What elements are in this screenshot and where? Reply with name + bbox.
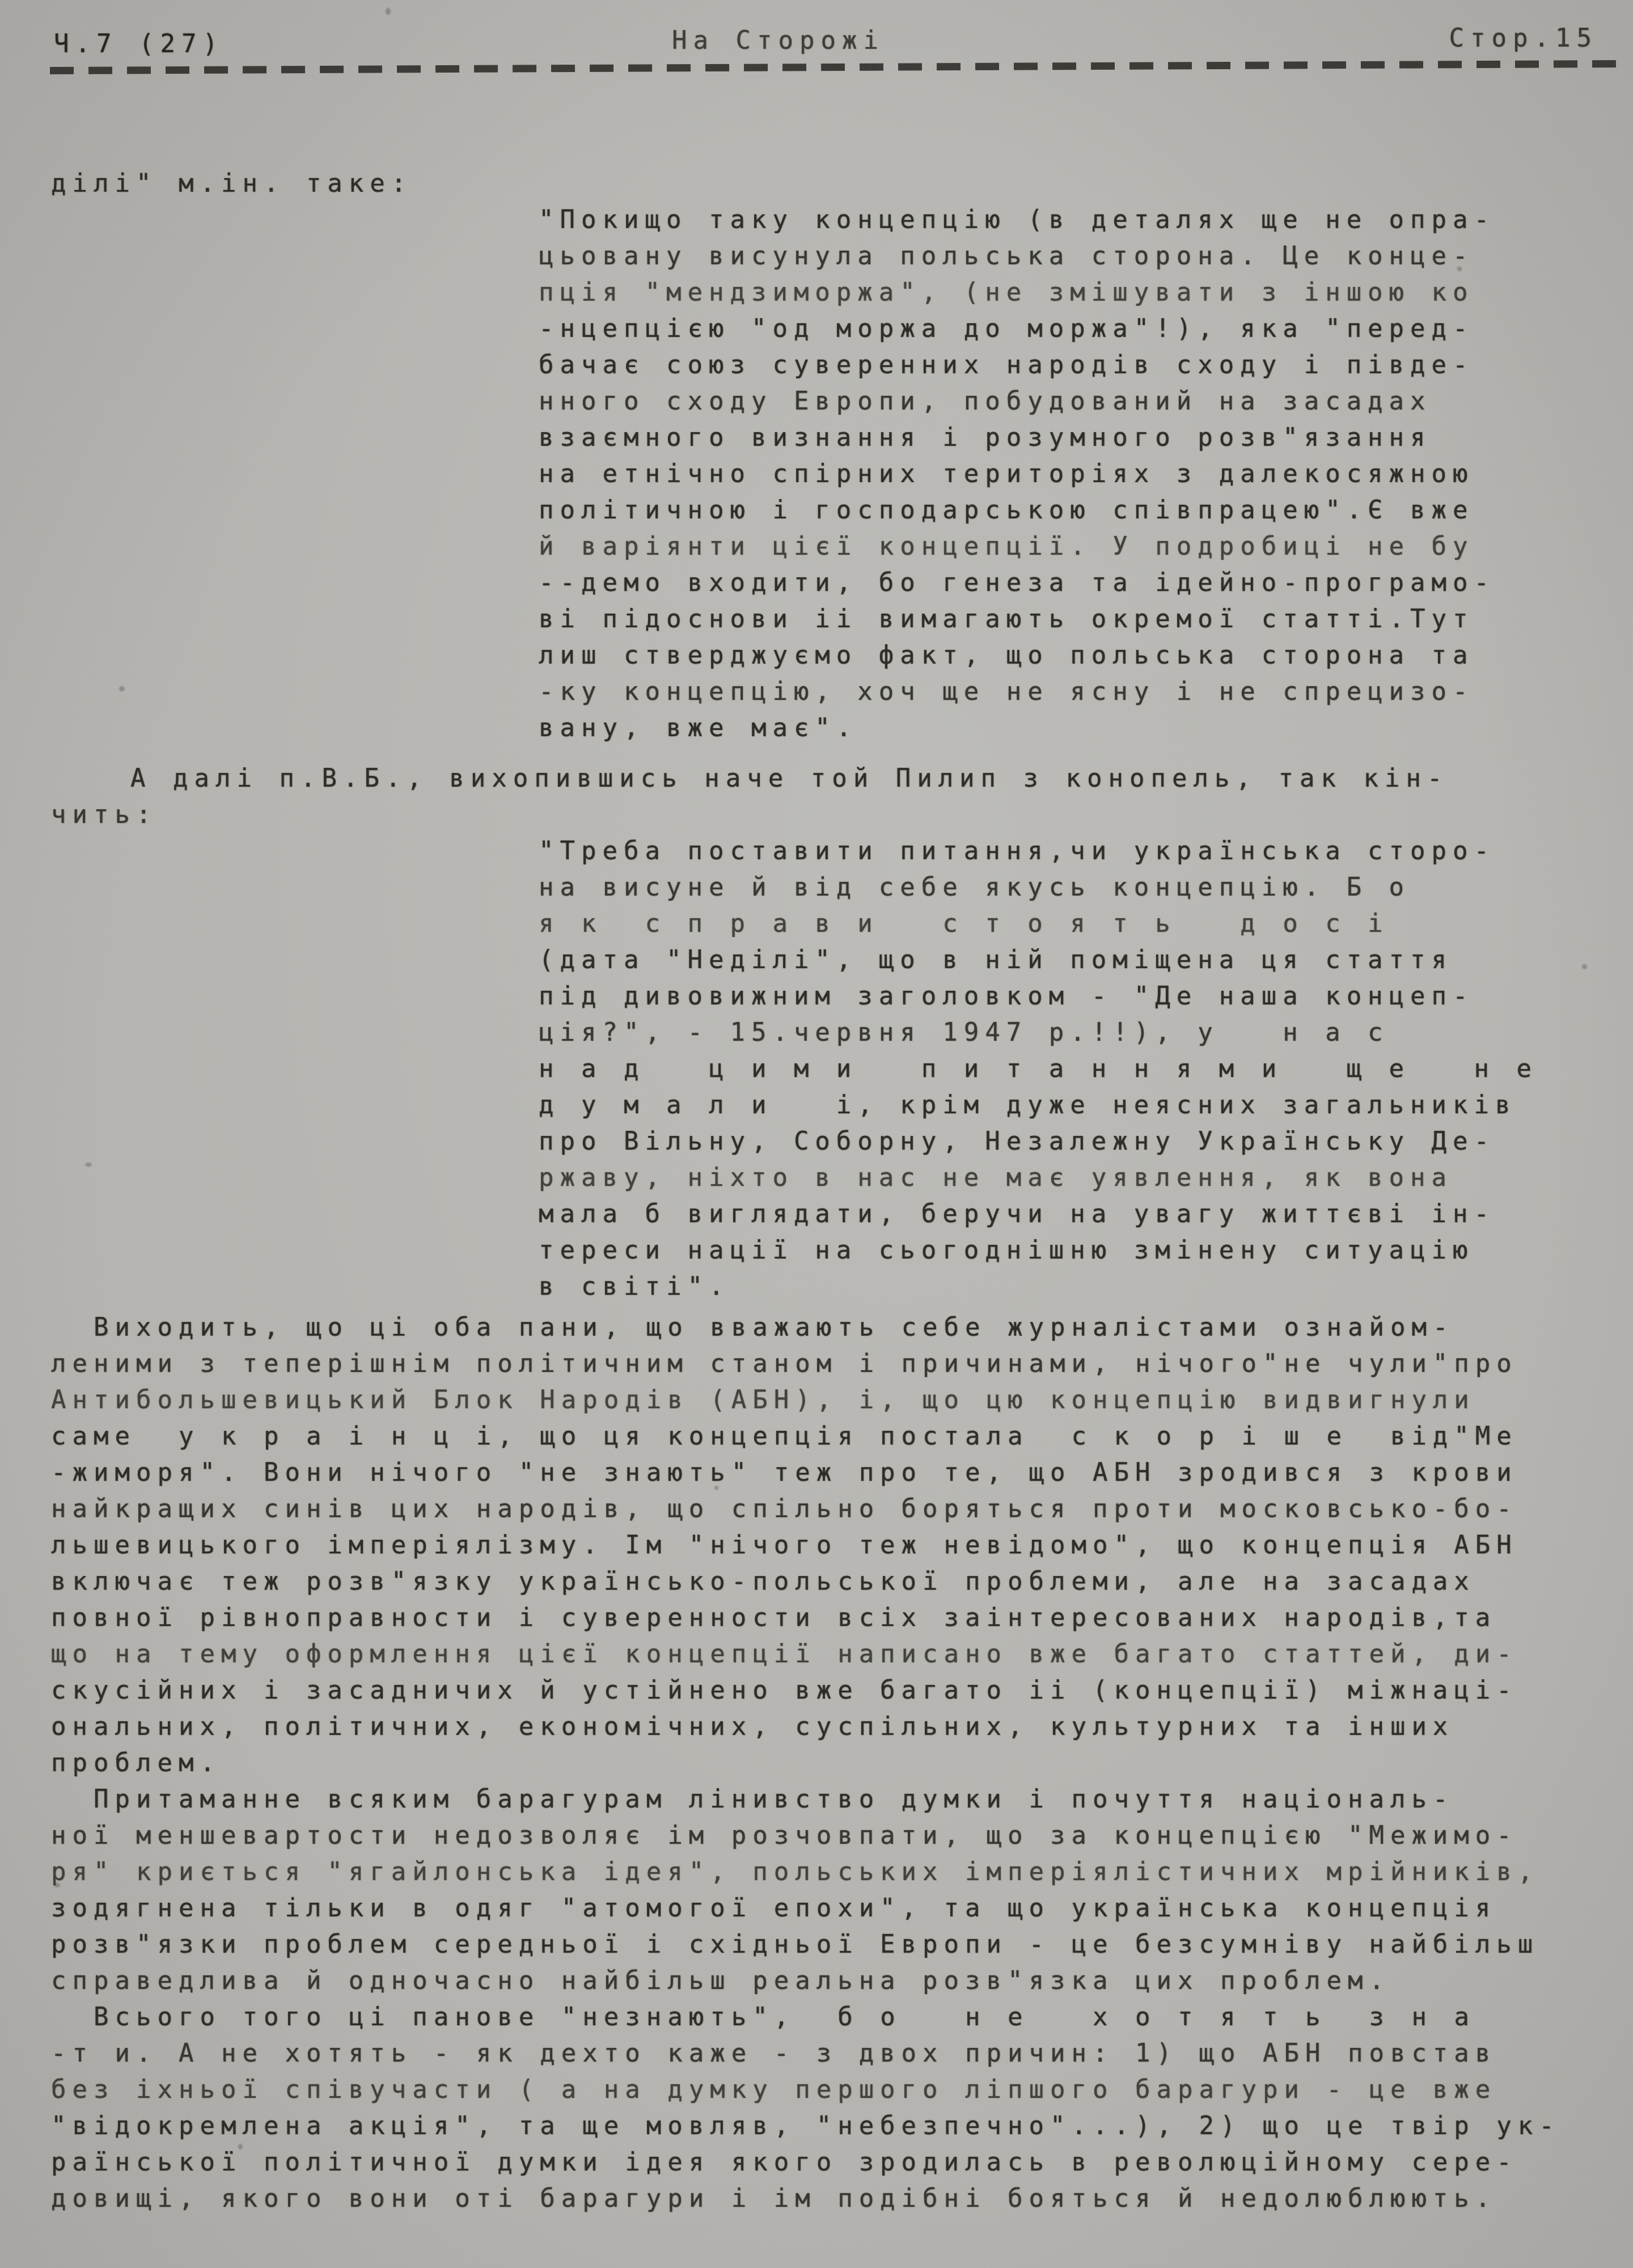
scan-speck xyxy=(119,686,125,691)
page-number: Стор.15 xyxy=(1449,24,1598,53)
scan-speck xyxy=(238,2144,243,2149)
issue-number: Ч.7 (27) xyxy=(54,29,224,58)
text-line: Всього того ці панове "незнають", б о н … xyxy=(51,1999,1633,2035)
text-line: Притаманне всяким барагурам лінивство ду… xyxy=(51,1781,1633,1818)
text-line: -нцепцією "од моржа до моржа"!), яка "пе… xyxy=(539,311,1633,347)
text-line: пція "мендзиморжа", (не змішувати з іншо… xyxy=(539,274,1633,311)
text-line: ної меншевартости недозволяє ім розчовпа… xyxy=(51,1818,1633,1854)
text-line: --демо входити, бо генеза та ідейно-прог… xyxy=(539,565,1633,601)
intro-line: ділі" м.ін. таке: xyxy=(51,166,1633,202)
scan-speck xyxy=(386,8,391,15)
text-line: включає теж розв"язку українсько-польськ… xyxy=(51,1564,1633,1600)
text-line: розв"язки проблем середньої і східньої Е… xyxy=(51,1927,1633,1963)
paragraph-prytamanne: Притаманне всяким барагурам лінивство ду… xyxy=(51,1781,1633,1999)
text-line: ржаву, ніхто в нас не має уявлення, як в… xyxy=(539,1160,1633,1196)
text-line: політичною і господарською співпрацею".Є… xyxy=(539,492,1633,529)
scan-speck xyxy=(1457,267,1462,271)
paragraph-vykhodyt: Виходить, що ці оба пани, що вважають се… xyxy=(51,1310,1633,1781)
text-line: ря" криється "ягайлонська ідея", польськ… xyxy=(51,1854,1633,1890)
text-line: мала б виглядати, беручи на увагу життєв… xyxy=(539,1196,1633,1232)
text-line: чить: xyxy=(51,797,1633,833)
text-line: д у м а л и і, крім дуже неясних загальн… xyxy=(539,1087,1633,1124)
text-line: "відокремлена акція", та ще мовляв, "неб… xyxy=(51,2108,1633,2144)
text-line: справедлива й одночасно найбільш реальна… xyxy=(51,1963,1633,1999)
text-line: -т и. А не хотять - як дехто каже - з дв… xyxy=(51,2035,1633,2072)
document-body: ділі" м.ін. таке: "Покищо таку концепцію… xyxy=(51,166,1633,2217)
text-line: на висуне й від себе якусь концепцію. Б … xyxy=(539,869,1633,906)
scan-speck xyxy=(714,1486,718,1490)
text-line: довищі, якого вони оті барагури і ім под… xyxy=(51,2181,1633,2217)
scanned-document-page: Ч.7 (27) На Сторожі Стор.15 ділі" м.ін. … xyxy=(0,0,1633,2268)
scan-speck xyxy=(1582,964,1587,969)
text-line: в світі". xyxy=(539,1269,1633,1305)
text-line: я к с п р а в и с т о я т ь д о с і xyxy=(539,906,1633,942)
text-line: саме у к р а і н ц і, що ця концепція по… xyxy=(51,1418,1633,1455)
text-line: "Покищо таку концепцію (в деталях ще не … xyxy=(539,202,1633,238)
text-line: -жиморя". Вони нічого "не знають" теж пр… xyxy=(51,1455,1633,1491)
text-line: без іхньої співучасти ( а на думку першо… xyxy=(51,2072,1633,2108)
paragraph-vsoho: Всього того ці панове "незнають", б о н … xyxy=(51,1999,1633,2217)
newspaper-title: На Сторожі xyxy=(672,26,885,55)
text-line: про Вільну, Соборну, Незалежну Українськ… xyxy=(539,1124,1633,1160)
scan-speck xyxy=(85,1163,92,1167)
text-line: й варіянти цієї концепції. У подробиці н… xyxy=(539,529,1633,565)
text-line: А далі п.В.Б., вихопившись наче той Пили… xyxy=(51,761,1633,797)
scan-speck xyxy=(54,1883,60,1887)
text-line: проблем. xyxy=(51,1745,1633,1781)
quote-block-2: "Треба поставити питання,чи українська с… xyxy=(539,833,1633,1305)
text-line: лиш стверджуємо факт, що польська сторон… xyxy=(539,637,1633,674)
text-line: ві підоснови іі вимагають окремої статті… xyxy=(539,601,1633,637)
text-line: ція?", - 15.червня 1947 р.!!), у н а с xyxy=(539,1015,1633,1051)
page-header: Ч.7 (27) На Сторожі Стор.15 xyxy=(0,0,1633,91)
text-line: нного сходу Европи, побудований на засад… xyxy=(539,383,1633,420)
text-line: на етнічно спірних територіях з далекося… xyxy=(539,456,1633,492)
text-line: ділі" м.ін. таке: xyxy=(51,166,1633,202)
text-line: тереси нації на сьогоднішню змінену ситу… xyxy=(539,1232,1633,1269)
text-line: повної рівноправности і суверенности всі… xyxy=(51,1600,1633,1636)
text-line: під дивовижним заголовком - "Де наша кон… xyxy=(539,978,1633,1015)
text-line: раїнської політичної думки ідея якого зр… xyxy=(51,2144,1633,2181)
text-line: -ку концепцію, хоч ще не ясну і не спрец… xyxy=(539,674,1633,710)
text-line: скусійних і засадничих й устійнено вже б… xyxy=(51,1673,1633,1709)
text-line: леними з теперішнім політичним станом і … xyxy=(51,1346,1633,1382)
text-line: що на тему оформлення цієї концепції нап… xyxy=(51,1636,1633,1673)
text-line: Виходить, що ці оба пани, що вважають се… xyxy=(51,1310,1633,1346)
dashed-rule xyxy=(50,60,1621,74)
text-line: н а д ц и м и п и т а н н я м и щ е н е xyxy=(539,1051,1633,1087)
text-line: (дата "Неділі", що в ній поміщена ця ста… xyxy=(539,942,1633,978)
text-line: льшевицького імперіялізму. Ім "нічого те… xyxy=(51,1527,1633,1564)
paragraph-a-dali: А далі п.В.Б., вихопившись наче той Пили… xyxy=(51,761,1633,833)
text-line: бачає союз суверенних народів сходу і пі… xyxy=(539,347,1633,383)
text-line: Антибольшевицький Блок Народів (АБН), і,… xyxy=(51,1382,1633,1418)
text-line: "Треба поставити питання,чи українська с… xyxy=(539,833,1633,869)
text-line: найкращих синів цих народів, що спільно … xyxy=(51,1491,1633,1527)
text-line: цьовану висунула польська сторона. Це ко… xyxy=(539,238,1633,274)
quote-block-1: "Покищо таку концепцію (в деталях ще не … xyxy=(539,202,1633,746)
text-line: взаємного визнання і розумного розв"язан… xyxy=(539,420,1633,456)
text-line: вану, вже має". xyxy=(539,710,1633,746)
text-line: зодягнена тільки в одяг "атомогої епохи"… xyxy=(51,1890,1633,1927)
text-line: ональних, політичних, економічних, суспі… xyxy=(51,1709,1633,1745)
